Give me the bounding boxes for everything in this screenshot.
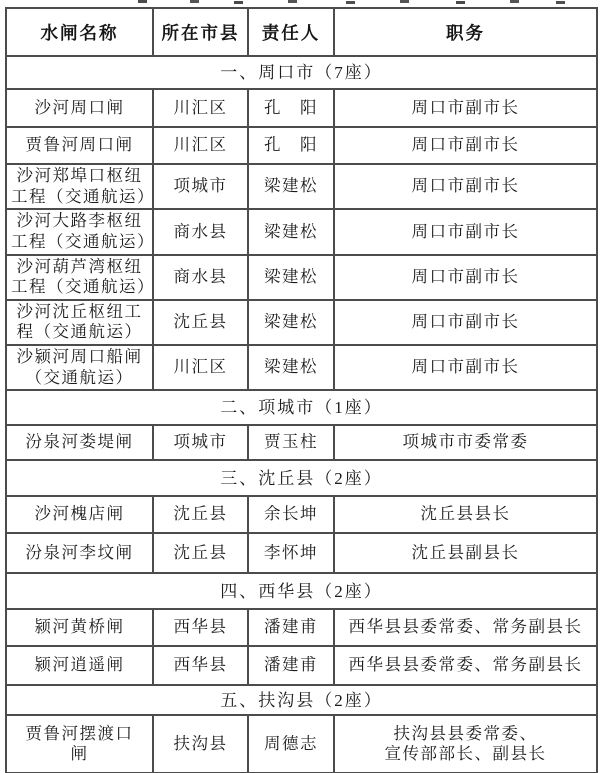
person-cell: 梁建松 [248,209,334,254]
header-county: 所在市县 [153,8,248,56]
position-cell: 周口市副市长 [334,345,597,390]
person-cell: 李怀坤 [248,533,334,573]
position-cell: 扶沟县县委常委、 宣传部部长、副县长 [334,715,597,773]
person-cell: 余长坤 [248,496,334,533]
county-cell: 商水县 [153,209,248,254]
county-cell: 沈丘县 [153,496,248,533]
sluice-name-cell: 沙河葫芦湾枢纽 工程（交通航运） [6,255,153,300]
person-cell: 潘建甫 [248,609,334,646]
sluice-name-cell: 颍河逍遥闸 [6,646,153,685]
person-cell: 梁建松 [248,255,334,300]
sluice-name-cell: 颍河黄桥闸 [6,609,153,646]
county-cell: 川汇区 [153,89,248,127]
sluice-name-cell: 沙河周口闸 [6,89,153,127]
sluice-name-cell: 沙河沈丘枢纽工 程（交通航运） [6,300,153,345]
section-row: 五、扶沟县（2座） [6,685,597,715]
person-cell: 孔 阳 [248,89,334,127]
position-cell: 西华县县委常委、常务副县长 [334,609,597,646]
position-cell: 周口市副市长 [334,89,597,127]
section-label: 四、西华县（2座） [6,573,597,609]
county-cell: 川汇区 [153,345,248,390]
position-cell: 沈丘县副县长 [334,533,597,573]
county-cell: 商水县 [153,255,248,300]
sluice-name-cell: 贾鲁河摆渡口 闸 [6,715,153,773]
header-person: 责任人 [248,8,334,56]
table-row: 汾泉河李坟闸 沈丘县 李怀坤 沈丘县副县长 [6,533,597,573]
person-cell: 潘建甫 [248,646,334,685]
county-cell: 川汇区 [153,127,248,164]
county-cell: 沈丘县 [153,533,248,573]
table-header-row: 水闸名称 所在市县 责任人 职务 [6,8,597,56]
sluice-name-cell: 沙河大路李枢纽 工程（交通航运） [6,209,153,254]
table-row: 沙河葫芦湾枢纽 工程（交通航运） 商水县 梁建松 周口市副市长 [6,255,597,300]
person-cell: 梁建松 [248,164,334,209]
table-row: 沙河郑埠口枢纽 工程（交通航运） 项城市 梁建松 周口市副市长 [6,164,597,209]
sluice-name-cell: 汾泉河李坟闸 [6,533,153,573]
table-row: 贾鲁河摆渡口 闸 扶沟县 周德志 扶沟县县委常委、 宣传部部长、副县长 [6,715,597,773]
section-row: 二、项城市（1座） [6,390,597,425]
position-cell: 周口市副市长 [334,255,597,300]
cropped-title-fragments [0,0,600,4]
table-row: 沙颍河周口船闸 （交通航运） 川汇区 梁建松 周口市副市长 [6,345,597,390]
sluice-responsibility-table: 水闸名称 所在市县 责任人 职务 一、周口市（7座） 沙河周口闸 川汇区 孔 阳… [5,7,598,773]
person-cell: 梁建松 [248,345,334,390]
section-label: 五、扶沟县（2座） [6,685,597,715]
section-label: 三、沈丘县（2座） [6,460,597,496]
sluice-name-cell: 沙颍河周口船闸 （交通航运） [6,345,153,390]
table-row: 沙河沈丘枢纽工 程（交通航运） 沈丘县 梁建松 周口市副市长 [6,300,597,345]
position-cell: 项城市市委常委 [334,425,597,460]
section-row: 三、沈丘县（2座） [6,460,597,496]
person-cell: 贾玉柱 [248,425,334,460]
person-cell: 周德志 [248,715,334,773]
county-cell: 西华县 [153,609,248,646]
position-cell: 西华县县委常委、常务副县长 [334,646,597,685]
person-cell: 梁建松 [248,300,334,345]
table-row: 颍河逍遥闸 西华县 潘建甫 西华县县委常委、常务副县长 [6,646,597,685]
table-row: 颍河黄桥闸 西华县 潘建甫 西华县县委常委、常务副县长 [6,609,597,646]
sluice-name-cell: 沙河槐店闸 [6,496,153,533]
position-cell: 周口市副市长 [334,164,597,209]
table-row: 沙河周口闸 川汇区 孔 阳 周口市副市长 [6,89,597,127]
county-cell: 扶沟县 [153,715,248,773]
section-label: 二、项城市（1座） [6,390,597,425]
sluice-name-cell: 贾鲁河周口闸 [6,127,153,164]
position-cell: 周口市副市长 [334,209,597,254]
table-row: 贾鲁河周口闸 川汇区 孔 阳 周口市副市长 [6,127,597,164]
position-cell: 周口市副市长 [334,127,597,164]
county-cell: 项城市 [153,164,248,209]
county-cell: 项城市 [153,425,248,460]
sluice-name-cell: 沙河郑埠口枢纽 工程（交通航运） [6,164,153,209]
table-row: 汾泉河娄堤闸 项城市 贾玉柱 项城市市委常委 [6,425,597,460]
position-cell: 周口市副市长 [334,300,597,345]
county-cell: 西华县 [153,646,248,685]
table-row: 沙河槐店闸 沈丘县 余长坤 沈丘县县长 [6,496,597,533]
sluice-name-cell: 汾泉河娄堤闸 [6,425,153,460]
document-page: 水闸名称 所在市县 责任人 职务 一、周口市（7座） 沙河周口闸 川汇区 孔 阳… [0,0,600,773]
person-cell: 孔 阳 [248,127,334,164]
table-row: 沙河大路李枢纽 工程（交通航运） 商水县 梁建松 周口市副市长 [6,209,597,254]
position-cell: 沈丘县县长 [334,496,597,533]
header-sluice-name: 水闸名称 [6,8,153,56]
county-cell: 沈丘县 [153,300,248,345]
section-row: 四、西华县（2座） [6,573,597,609]
section-label: 一、周口市（7座） [6,56,597,89]
section-row: 一、周口市（7座） [6,56,597,89]
header-position: 职务 [334,8,597,56]
